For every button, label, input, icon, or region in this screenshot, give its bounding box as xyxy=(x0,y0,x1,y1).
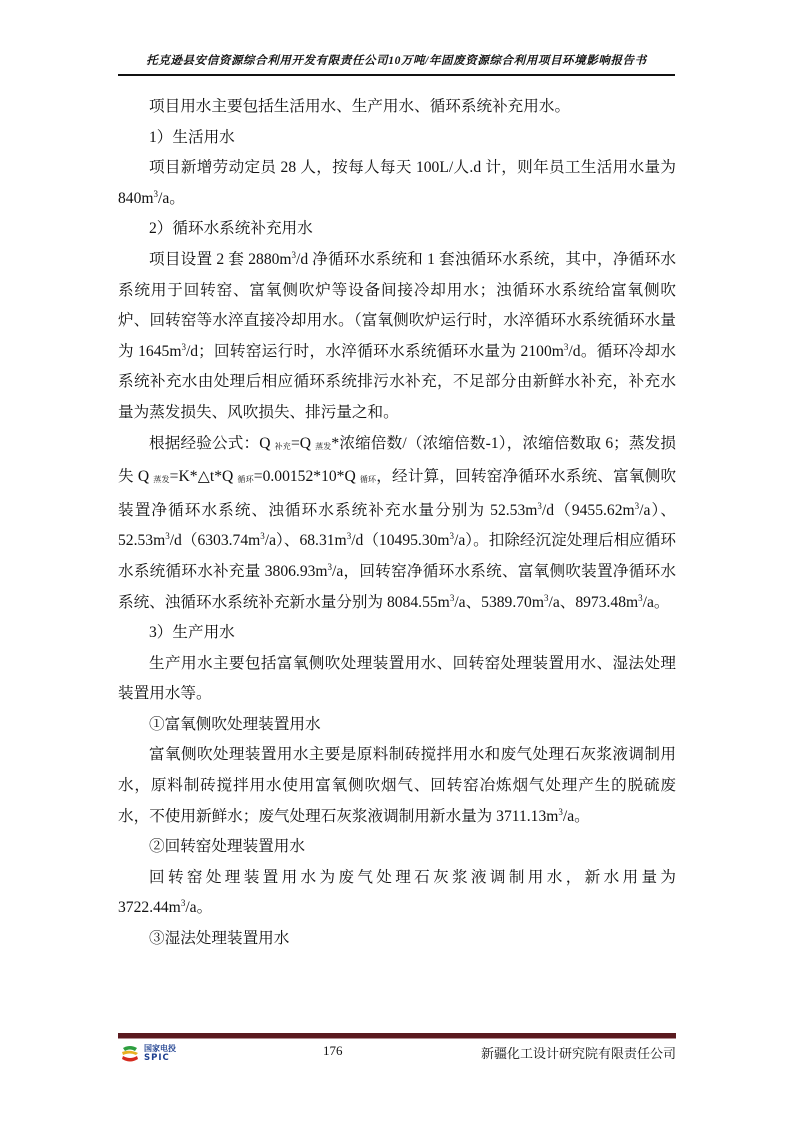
domestic-water-paragraph-line2: 840m3/a。 xyxy=(118,184,676,215)
section-heading-circulating-water: 2）循环水系统补充用水 xyxy=(118,214,676,245)
logo-chinese-text: 国家电投 xyxy=(144,1044,176,1053)
subsection-heading-rotary-kiln: ②回转窑处理装置用水 xyxy=(118,832,676,863)
subsection-heading-wet-process: ③湿法处理装置用水 xyxy=(118,924,676,955)
header-rule xyxy=(118,74,675,76)
section-heading-domestic-water: 1）生活用水 xyxy=(118,123,676,154)
footer-bar xyxy=(118,1033,676,1039)
formula-paragraph: 根据经验公式：Q 补充=Q 蒸发*浓缩倍数/（浓缩倍数-1），浓缩倍数取 6；蒸… xyxy=(118,429,676,619)
page-footer: 国家电投 SPIC 176 新疆化工设计研究院有限责任公司 xyxy=(118,1031,676,1071)
document-body: 项目用水主要包括生活用水、生产用水、循环系统补充用水。 1）生活用水 项目新增劳… xyxy=(118,92,676,955)
intro-paragraph: 项目用水主要包括生活用水、生产用水、循环系统补充用水。 xyxy=(118,92,676,123)
logo-english-text: SPIC xyxy=(144,1053,170,1063)
spic-logo-icon xyxy=(120,1045,140,1062)
production-water-intro: 生产用水主要包括富氧侧吹处理装置用水、回转窑处理装置用水、湿法处理装置用水等。 xyxy=(118,649,676,710)
page-header: 托克逊县安信资源综合利用开发有限责任公司10万吨/年固废资源综合利用项目环境影响… xyxy=(118,48,675,76)
section-heading-production-water: 3）生产用水 xyxy=(118,618,676,649)
spic-logo: 国家电投 SPIC xyxy=(120,1044,190,1064)
page-number: 176 xyxy=(323,1043,343,1059)
report-title: 托克逊县安信资源综合利用开发有限责任公司10万吨/年固废资源综合利用项目环境影响… xyxy=(118,48,675,68)
rotary-kiln-paragraph-line2: 3722.44m3/a。 xyxy=(118,893,676,924)
company-name: 新疆化工设计研究院有限责任公司 xyxy=(481,1043,676,1062)
subsection-heading-side-blown: ①富氧侧吹处理装置用水 xyxy=(118,710,676,741)
domestic-water-paragraph-line1: 项目新增劳动定员 28 人，按每人每天 100L/人.d 计，则年员工生活用水量… xyxy=(118,153,676,184)
rotary-kiln-paragraph-line1: 回转窑处理装置用水为废气处理石灰浆液调制用水，新水用量为 xyxy=(118,863,676,894)
side-blown-paragraph: 富氧侧吹处理装置用水主要是原料制砖搅拌用水和废气处理石灰浆液调制用水，原料制砖搅… xyxy=(118,740,676,832)
circulating-water-paragraph: 项目设置 2 套 2880m3/d 净循环水系统和 1 套浊循环水系统，其中，净… xyxy=(118,245,676,429)
